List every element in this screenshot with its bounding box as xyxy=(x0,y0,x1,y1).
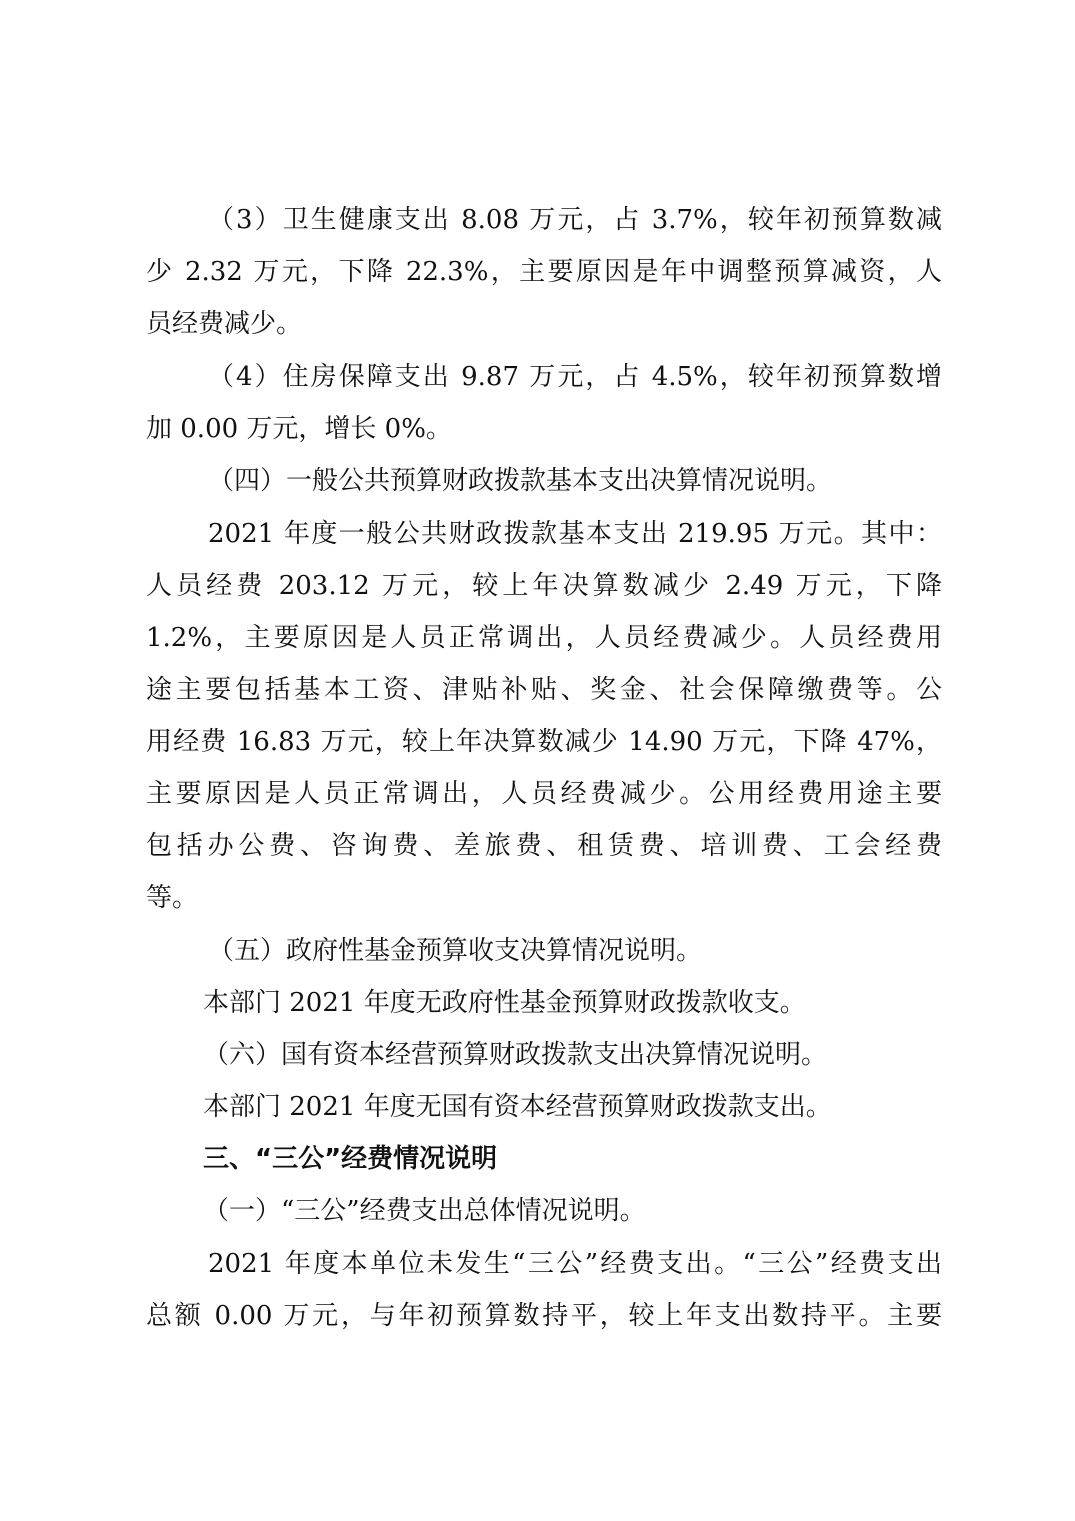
paragraph-line: （4）住房保障支出 9.87 万元，占 4.5%，较年初预算数增 xyxy=(208,360,942,394)
paragraph-line: 途主要包括基本工资、津贴补贴、奖金、社会保障缴费等。公 xyxy=(146,673,942,707)
paragraph-line: 本部门 2021 年度无政府性基金预算财政拨款收支。 xyxy=(203,986,942,1020)
subsection-heading: （六）国有资本经营预算财政拨款支出决算情况说明。 xyxy=(203,1038,942,1072)
paragraph-line: 2021 年度本单位未发生“三公”经费支出。“三公”经费支出 xyxy=(208,1247,942,1281)
paragraph-line: 2021 年度一般公共财政拨款基本支出 219.95 万元。其中： xyxy=(208,517,942,551)
paragraph-line: 本部门 2021 年度无国有资本经营预算财政拨款支出。 xyxy=(203,1090,942,1124)
document-page: （3）卫生健康支出 8.08 万元，占 3.7%，较年初预算数减少 2.32 万… xyxy=(0,0,1075,1521)
subsection-heading: （四）一般公共预算财政拨款基本支出决算情况说明。 xyxy=(208,464,942,498)
paragraph-line: 少 2.32 万元，下降 22.3%，主要原因是年中调整预算减资，人 xyxy=(146,255,942,289)
paragraph-line: 员经费减少。 xyxy=(146,307,942,341)
paragraph-line: 加 0.00 万元，增长 0%。 xyxy=(146,412,942,446)
paragraph-line: 总额 0.00 万元，与年初预算数持平，较上年支出数持平。主要 xyxy=(146,1299,942,1333)
paragraph-line: 用经费 16.83 万元，较上年决算数减少 14.90 万元，下降 47%， xyxy=(146,725,942,759)
paragraph-line: 1.2%，主要原因是人员正常调出，人员经费减少。人员经费用 xyxy=(146,621,942,655)
subsection-heading: （一）“三公”经费支出总体情况说明。 xyxy=(203,1194,942,1228)
paragraph-line: 主要原因是人员正常调出，人员经费减少。公用经费用途主要 xyxy=(146,777,942,811)
paragraph-line: 人员经费 203.12 万元，较上年决算数减少 2.49 万元，下降 xyxy=(146,569,942,603)
paragraph-line: （3）卫生健康支出 8.08 万元，占 3.7%，较年初预算数减 xyxy=(208,203,942,237)
subsection-heading: （五）政府性基金预算收支决算情况说明。 xyxy=(208,934,942,968)
paragraph-line: 等。 xyxy=(146,881,942,915)
section-heading: 三、“三公”经费情况说明 xyxy=(203,1142,942,1176)
paragraph-line: 包括办公费、咨询费、差旅费、租赁费、培训费、工会经费 xyxy=(146,829,942,863)
